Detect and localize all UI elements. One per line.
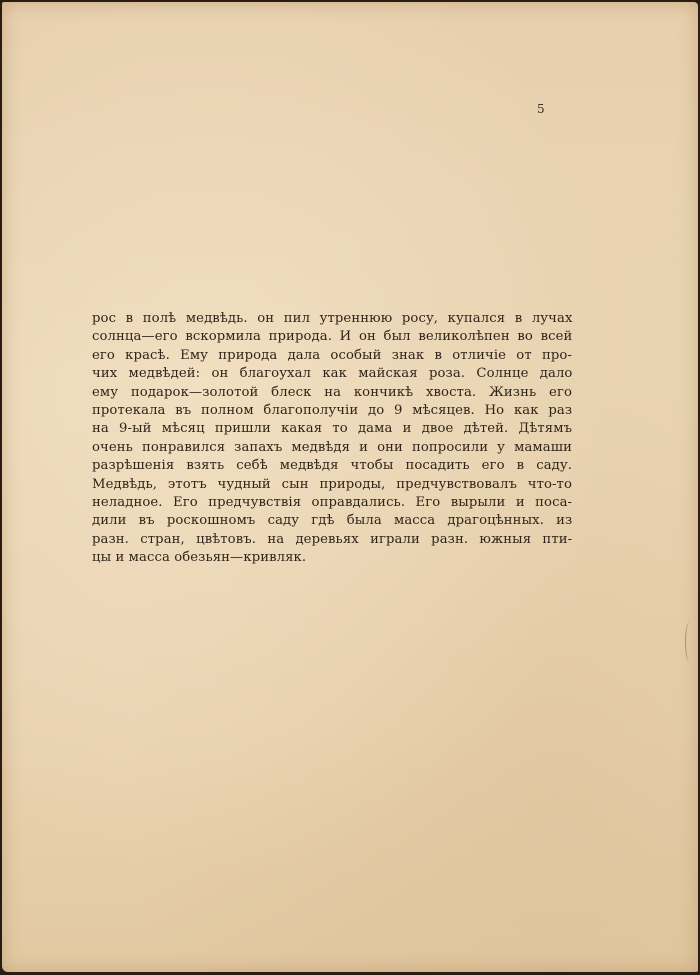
text-line: ему подарок—золотой блеск на кончикѣ хво… xyxy=(92,384,572,402)
paper-crease xyxy=(685,622,694,662)
text-line: на 9-ый мѣсяц пришли какая то дама и дво… xyxy=(92,420,572,438)
text-line: очень понравился запахъ медвѣдя и они по… xyxy=(92,439,572,457)
text-line: протекала въ полном благополучіи до 9 мѣ… xyxy=(92,402,572,420)
page-number: 5 xyxy=(537,102,545,116)
text-line: рос в полѣ медвѣдь. он пил утреннюю росу… xyxy=(92,310,572,328)
text-line: цы и масса обезьян—кривляк. xyxy=(92,549,572,567)
text-line: Медвѣдь, этотъ чудный сын природы, предч… xyxy=(92,476,572,494)
text-line: дили въ роскошномъ саду гдѣ была масса д… xyxy=(92,512,572,530)
text-line: солнца—его вскормила природа. И он был в… xyxy=(92,328,572,346)
text-line: неладное. Его предчувствія оправдались. … xyxy=(92,494,572,512)
text-line: его красѣ. Ему природа дала особый знак … xyxy=(92,347,572,365)
text-line: чих медвѣдей: он благоухал как майская р… xyxy=(92,365,572,383)
book-page: 5 рос в полѣ медвѣдь. он пил утреннюю ро… xyxy=(2,2,698,972)
text-line: разн. стран, цвѣтовъ. на деревьях играли… xyxy=(92,531,572,549)
text-line: разрѣшенія взять себѣ медвѣдя чтобы поса… xyxy=(92,457,572,475)
body-paragraph: рос в полѣ медвѣдь. он пил утреннюю росу… xyxy=(92,310,572,568)
